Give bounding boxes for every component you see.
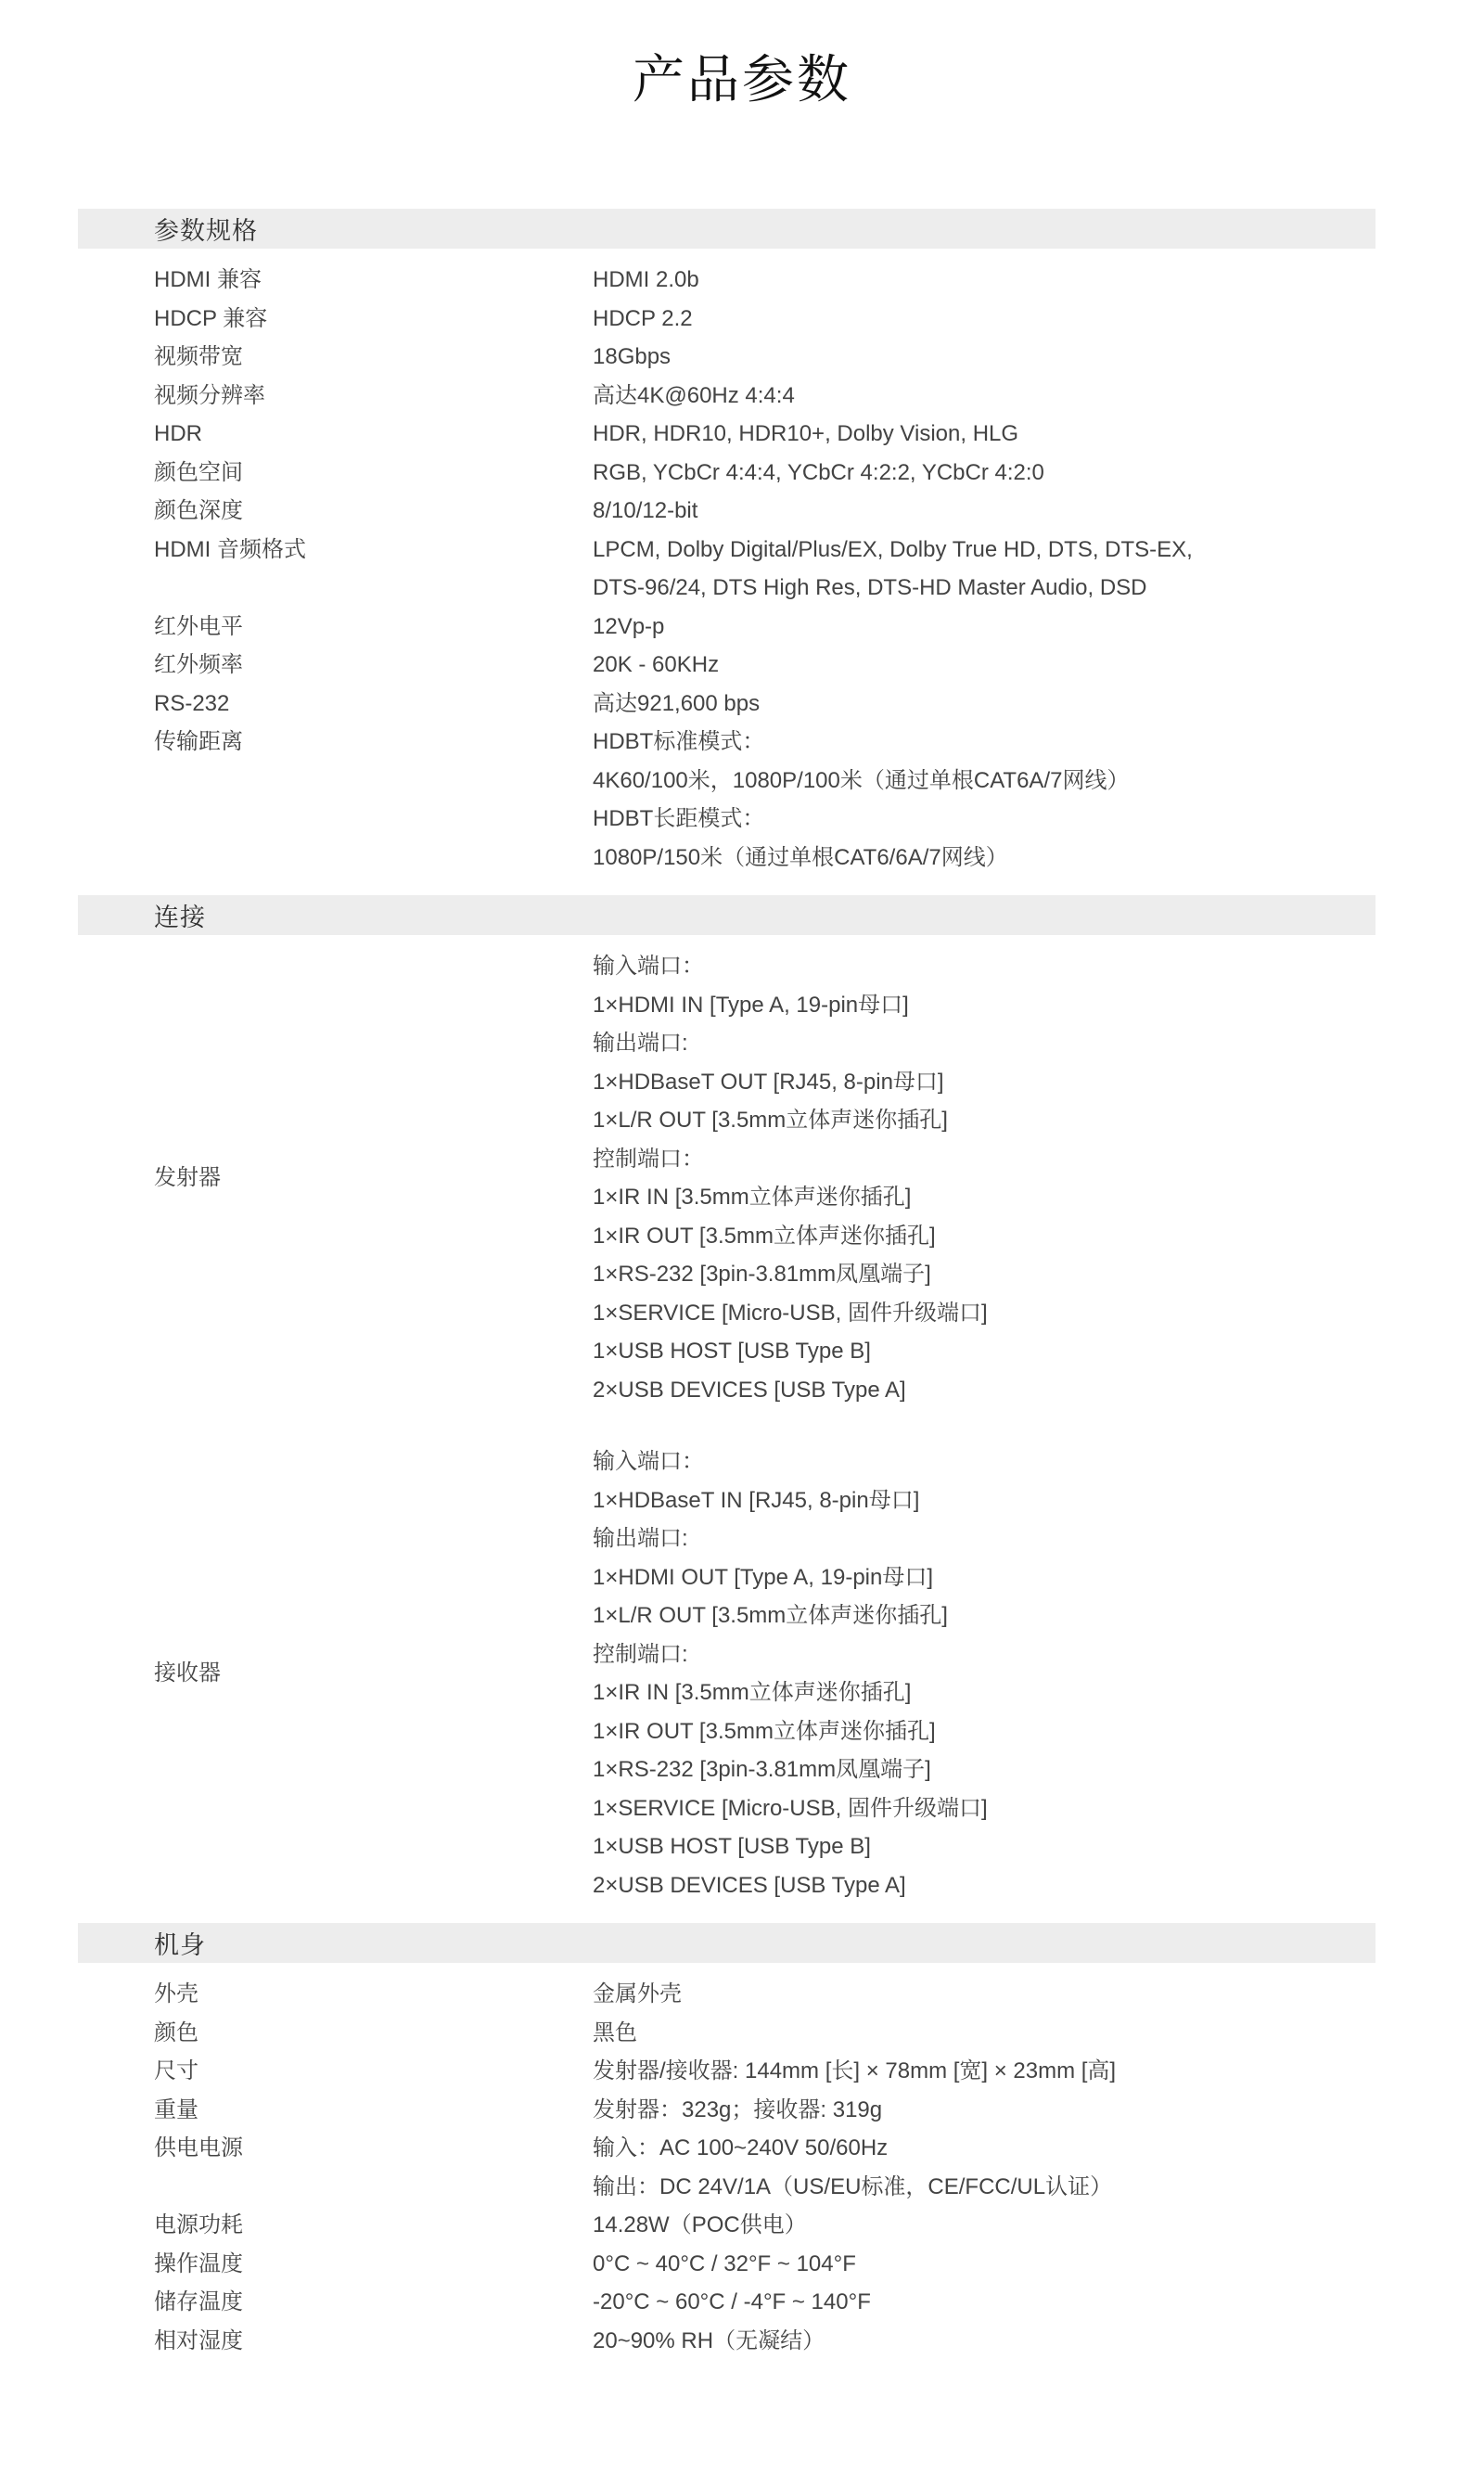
- spec-value: 发射器：323g；接收器: 319g: [593, 2091, 1484, 2130]
- spec-value-line: LPCM, Dolby Digital/Plus/EX, Dolby True …: [593, 531, 1484, 570]
- spec-value: 14.28W（POC供电）: [593, 2206, 1484, 2245]
- spec-value-line: 1×IR IN [3.5mm立体声迷你插孔]: [593, 1178, 1484, 1217]
- spec-row: 红外电平12Vp-p: [154, 608, 1484, 647]
- spec-value: 输入端口：1×HDBaseT IN [RJ45, 8-pin母口]输出端口:1×…: [593, 1442, 1484, 1904]
- product-parameters-page: 产品参数 参数规格HDMI 兼容HDMI 2.0bHDCP 兼容HDCP 2.2…: [0, 0, 1484, 2487]
- section-header-bar: 连接: [78, 895, 1375, 935]
- spec-label: 接收器: [154, 1654, 593, 1693]
- spec-value-line: 1×HDMI OUT [Type A, 19-pin母口]: [593, 1558, 1484, 1597]
- spec-value-line: 2×USB DEVICES [USB Type A]: [593, 1866, 1484, 1905]
- spec-label: HDCP 兼容: [154, 300, 593, 339]
- spec-value-line: DTS-96/24, DTS High Res, DTS-HD Master A…: [593, 569, 1484, 608]
- spec-value-line: 1×L/R OUT [3.5mm立体声迷你插孔]: [593, 1596, 1484, 1635]
- section-header-label: 连接: [154, 897, 206, 933]
- spec-label: 传输距离: [154, 723, 593, 762]
- spec-row: RS-232高达921,600 bps: [154, 685, 1484, 724]
- spec-label: 储存温度: [154, 2283, 593, 2322]
- section-rows: 外壳金属外壳颜色黑色尺寸发射器/接收器: 144mm [长] × 78mm [宽…: [154, 1963, 1484, 2360]
- spec-value: -20°C ~ 60°C / -4°F ~ 140°F: [593, 2283, 1484, 2322]
- spec-label: HDR: [154, 415, 593, 454]
- spec-value-line: 4K60/100米，1080P/100米（通过单根CAT6A/7网线）: [593, 762, 1484, 801]
- spec-value-line: 输出端口:: [593, 1519, 1484, 1558]
- spec-value-line: 1×RS-232 [3pin-3.81mm凤凰端子]: [593, 1750, 1484, 1789]
- spec-value: HDBT标准模式：4K60/100米，1080P/100米（通过单根CAT6A/…: [593, 723, 1484, 877]
- spec-value: 12Vp-p: [593, 608, 1484, 647]
- spec-row: 操作温度0°C ~ 40°C / 32°F ~ 104°F: [154, 2245, 1484, 2284]
- section-connections: 连接发射器输入端口：1×HDMI IN [Type A, 19-pin母口]输出…: [0, 895, 1484, 1904]
- spec-label: HDMI 音频格式: [154, 531, 593, 570]
- spec-label: 红外电平: [154, 608, 593, 647]
- spec-row: 颜色深度8/10/12-bit: [154, 492, 1484, 531]
- spec-value-line: 1×IR OUT [3.5mm立体声迷你插孔]: [593, 1712, 1484, 1751]
- section-body: 机身外壳金属外壳颜色黑色尺寸发射器/接收器: 144mm [长] × 78mm …: [0, 1923, 1484, 2360]
- spec-value-line: 高达921,600 bps: [593, 685, 1484, 724]
- spec-row: 供电电源输入：AC 100~240V 50/60Hz输出：DC 24V/1A（U…: [154, 2129, 1484, 2206]
- spec-value: 20K - 60KHz: [593, 646, 1484, 685]
- spec-value-line: HDCP 2.2: [593, 300, 1484, 339]
- spec-value-line: RGB, YCbCr 4:4:4, YCbCr 4:2:2, YCbCr 4:2…: [593, 454, 1484, 493]
- spec-row: 相对湿度20~90% RH（无凝结）: [154, 2322, 1484, 2361]
- spec-value: HDMI 2.0b: [593, 261, 1484, 300]
- spec-value: 高达4K@60Hz 4:4:4: [593, 377, 1484, 416]
- spec-value-line: HDBT标准模式：: [593, 723, 1484, 762]
- spec-row: 尺寸发射器/接收器: 144mm [长] × 78mm [宽] × 23mm […: [154, 2052, 1484, 2091]
- spec-value: 0°C ~ 40°C / 32°F ~ 104°F: [593, 2245, 1484, 2284]
- spec-sections: 参数规格HDMI 兼容HDMI 2.0bHDCP 兼容HDCP 2.2视频带宽1…: [0, 209, 1484, 2360]
- spec-value-line: 1×IR IN [3.5mm立体声迷你插孔]: [593, 1673, 1484, 1712]
- spec-row: 视频分辨率高达4K@60Hz 4:4:4: [154, 377, 1484, 416]
- spec-label: 视频分辨率: [154, 377, 593, 416]
- spec-row: HDRHDR, HDR10, HDR10+, Dolby Vision, HLG: [154, 415, 1484, 454]
- spec-label: 颜色空间: [154, 454, 593, 493]
- spec-label: 发射器: [154, 1159, 593, 1198]
- spec-value-line: 1080P/150米（通过单根CAT6/6A/7网线）: [593, 839, 1484, 878]
- spec-label: 颜色深度: [154, 492, 593, 531]
- spec-value-line: 12Vp-p: [593, 608, 1484, 647]
- section-rows: HDMI 兼容HDMI 2.0bHDCP 兼容HDCP 2.2视频带宽18Gbp…: [154, 249, 1484, 877]
- spec-label: 尺寸: [154, 2052, 593, 2091]
- spec-row: 传输距离HDBT标准模式：4K60/100米，1080P/100米（通过单根CA…: [154, 723, 1484, 877]
- spec-label: 视频带宽: [154, 338, 593, 377]
- spec-label: 颜色: [154, 2014, 593, 2053]
- spec-row: 外壳金属外壳: [154, 1975, 1484, 2014]
- spec-value-line: 0°C ~ 40°C / 32°F ~ 104°F: [593, 2245, 1484, 2284]
- spec-value-line: 18Gbps: [593, 338, 1484, 377]
- spec-value-line: 1×HDBaseT IN [RJ45, 8-pin母口]: [593, 1481, 1484, 1520]
- spec-row: HDMI 兼容HDMI 2.0b: [154, 261, 1484, 300]
- spec-value: 高达921,600 bps: [593, 685, 1484, 724]
- spec-value: 8/10/12-bit: [593, 492, 1484, 531]
- spec-value: 金属外壳: [593, 1975, 1484, 2014]
- spec-value-line: 1×SERVICE [Micro-USB, 固件升级端口]: [593, 1789, 1484, 1828]
- spec-row: HDMI 音频格式LPCM, Dolby Digital/Plus/EX, Do…: [154, 531, 1484, 608]
- spec-value: HDCP 2.2: [593, 300, 1484, 339]
- spec-row: 颜色空间RGB, YCbCr 4:4:4, YCbCr 4:2:2, YCbCr…: [154, 454, 1484, 493]
- section-rows: 发射器输入端口：1×HDMI IN [Type A, 19-pin母口]输出端口…: [154, 935, 1484, 1904]
- spec-value-line: HDMI 2.0b: [593, 261, 1484, 300]
- spec-value-line: 输出：DC 24V/1A（US/EU标准，CE/FCC/UL认证）: [593, 2168, 1484, 2207]
- spec-row: 颜色黑色: [154, 2014, 1484, 2053]
- spec-value-line: 控制端口：: [593, 1140, 1484, 1179]
- spec-value-line: 输出端口:: [593, 1024, 1484, 1063]
- spec-label: 操作温度: [154, 2245, 593, 2284]
- spec-row: HDCP 兼容HDCP 2.2: [154, 300, 1484, 339]
- spec-value-line: 发射器：323g；接收器: 319g: [593, 2091, 1484, 2130]
- spec-row: 接收器输入端口：1×HDBaseT IN [RJ45, 8-pin母口]输出端口…: [154, 1442, 1484, 1904]
- spec-value-line: 8/10/12-bit: [593, 492, 1484, 531]
- spec-value-line: -20°C ~ 60°C / -4°F ~ 140°F: [593, 2283, 1484, 2322]
- spec-label: RS-232: [154, 685, 593, 724]
- spec-value-line: 1×USB HOST [USB Type B]: [593, 1827, 1484, 1866]
- spec-value: RGB, YCbCr 4:4:4, YCbCr 4:2:2, YCbCr 4:2…: [593, 454, 1484, 493]
- spec-row: 红外频率20K - 60KHz: [154, 646, 1484, 685]
- spec-value-line: 高达4K@60Hz 4:4:4: [593, 377, 1484, 416]
- section-header-bar: 机身: [78, 1923, 1375, 1963]
- spec-label: 重量: [154, 2091, 593, 2130]
- spec-label: 供电电源: [154, 2129, 593, 2168]
- spec-value-line: 1×HDBaseT OUT [RJ45, 8-pin母口]: [593, 1063, 1484, 1102]
- spec-value: 黑色: [593, 2014, 1484, 2053]
- spec-value-line: 输入：AC 100~240V 50/60Hz: [593, 2129, 1484, 2168]
- spec-row: 储存温度-20°C ~ 60°C / -4°F ~ 140°F: [154, 2283, 1484, 2322]
- spec-value-line: 发射器/接收器: 144mm [长] × 78mm [宽] × 23mm [高]: [593, 2052, 1484, 2091]
- spec-value: 输入：AC 100~240V 50/60Hz输出：DC 24V/1A（US/EU…: [593, 2129, 1484, 2206]
- spec-value: HDR, HDR10, HDR10+, Dolby Vision, HLG: [593, 415, 1484, 454]
- spec-label: 电源功耗: [154, 2206, 593, 2245]
- spec-value-line: 20K - 60KHz: [593, 646, 1484, 685]
- spec-row: 视频带宽18Gbps: [154, 338, 1484, 377]
- section-header-label: 参数规格: [154, 211, 258, 247]
- spec-value: 输入端口：1×HDMI IN [Type A, 19-pin母口]输出端口:1×…: [593, 947, 1484, 1409]
- spec-row: 重量发射器：323g；接收器: 319g: [154, 2091, 1484, 2130]
- spec-label: 外壳: [154, 1975, 593, 2014]
- spec-value-line: 1×IR OUT [3.5mm立体声迷你插孔]: [593, 1217, 1484, 1256]
- spec-row: 电源功耗14.28W（POC供电）: [154, 2206, 1484, 2245]
- spec-label: 相对湿度: [154, 2322, 593, 2361]
- spec-value: 18Gbps: [593, 338, 1484, 377]
- spec-value: 20~90% RH（无凝结）: [593, 2322, 1484, 2361]
- page-title: 产品参数: [0, 0, 1484, 113]
- spec-value-line: 2×USB DEVICES [USB Type A]: [593, 1371, 1484, 1410]
- spec-value-line: 14.28W（POC供电）: [593, 2206, 1484, 2245]
- spec-value-line: 金属外壳: [593, 1975, 1484, 2014]
- spec-value-line: 20~90% RH（无凝结）: [593, 2322, 1484, 2361]
- spec-label: HDMI 兼容: [154, 261, 593, 300]
- spec-value-line: 1×USB HOST [USB Type B]: [593, 1332, 1484, 1371]
- section-specs: 参数规格HDMI 兼容HDMI 2.0bHDCP 兼容HDCP 2.2视频带宽1…: [0, 209, 1484, 877]
- spec-value-line: HDBT长距模式：: [593, 800, 1484, 839]
- spec-value-line: 1×HDMI IN [Type A, 19-pin母口]: [593, 986, 1484, 1025]
- spec-value-line: 1×L/R OUT [3.5mm立体声迷你插孔]: [593, 1101, 1484, 1140]
- spec-label: 红外频率: [154, 646, 593, 685]
- spec-value-line: 1×SERVICE [Micro-USB, 固件升级端口]: [593, 1294, 1484, 1333]
- spec-row: 发射器输入端口：1×HDMI IN [Type A, 19-pin母口]输出端口…: [154, 947, 1484, 1409]
- spec-value-line: 输入端口：: [593, 1442, 1484, 1481]
- spec-value-line: 控制端口:: [593, 1635, 1484, 1674]
- spec-value: LPCM, Dolby Digital/Plus/EX, Dolby True …: [593, 531, 1484, 608]
- spec-value: 发射器/接收器: 144mm [长] × 78mm [宽] × 23mm [高]: [593, 2052, 1484, 2091]
- section-header-bar: 参数规格: [78, 209, 1375, 249]
- spec-value-line: HDR, HDR10, HDR10+, Dolby Vision, HLG: [593, 415, 1484, 454]
- spec-value-line: 黑色: [593, 2014, 1484, 2053]
- spec-value-line: 1×RS-232 [3pin-3.81mm凤凰端子]: [593, 1255, 1484, 1294]
- section-header-label: 机身: [154, 1925, 206, 1961]
- spec-value-line: 输入端口：: [593, 947, 1484, 986]
